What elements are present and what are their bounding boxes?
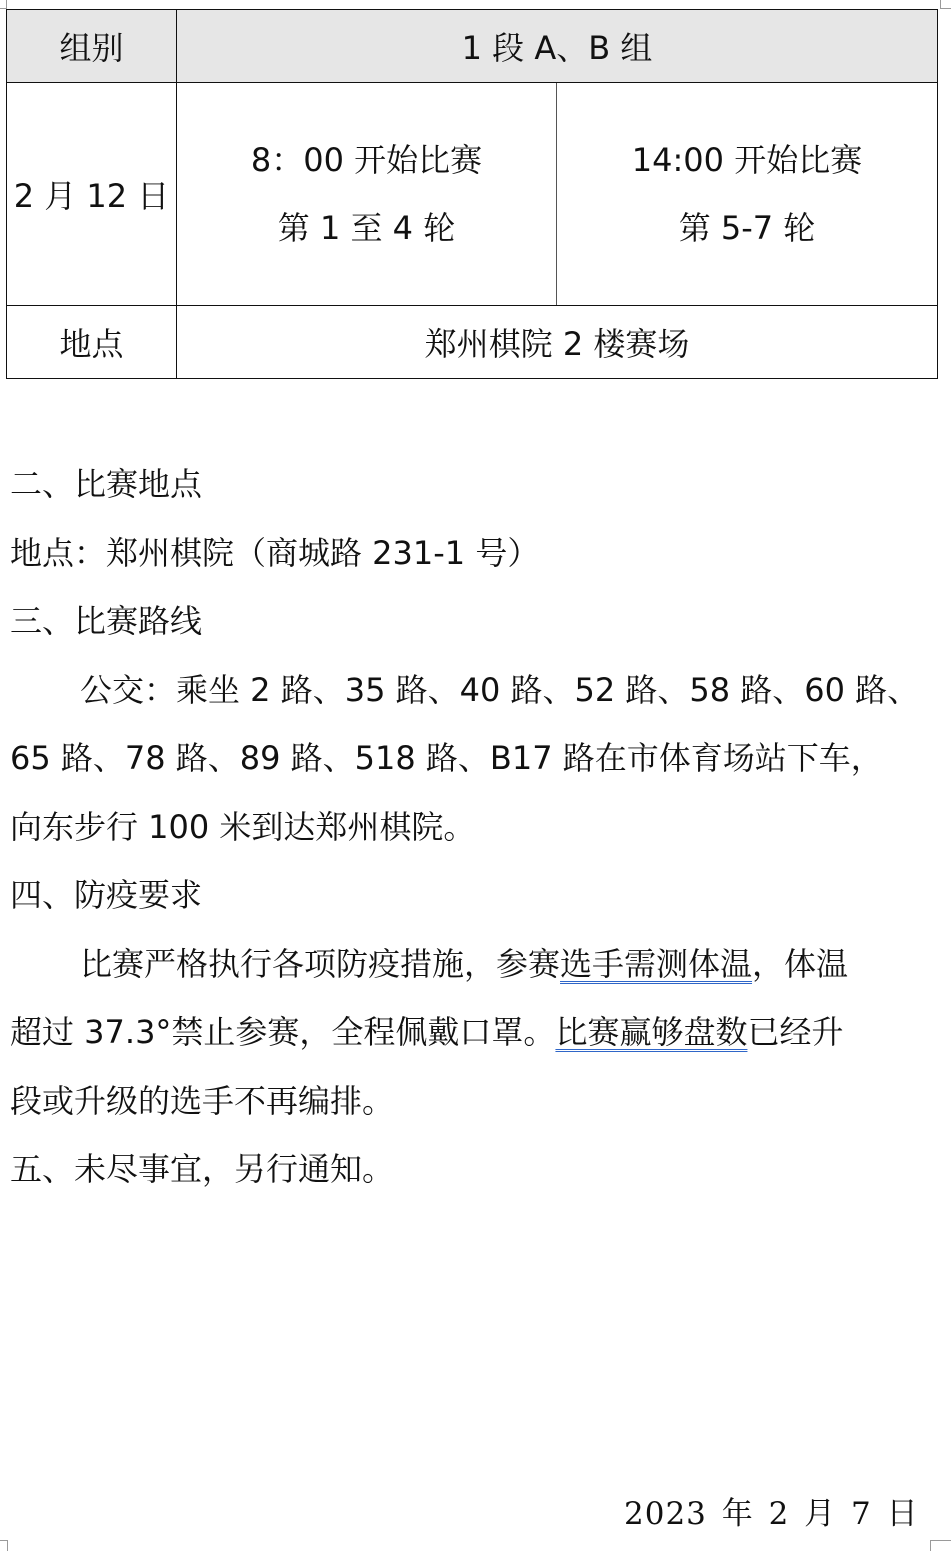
date-label-cell: 2 月 12 日 — [7, 83, 177, 306]
route-text-line-2: 65 路、78 路、89 路、518 路、B17 路在市体育场站下车， — [10, 724, 930, 793]
grammar-underlined-phrase-temperature[interactable]: 选手需测体温 — [560, 945, 752, 983]
table-row-date: 2 月 12 日 8：00 开始比赛 第 1 至 4 轮 14:00 开始比赛 … — [7, 83, 938, 306]
location-label-cell: 地点 — [7, 306, 177, 379]
epidemic-text-line-1: 比赛严格执行各项防疫措施，参赛选手需测体温，体温 — [10, 930, 930, 999]
schedule-table: 组别 1 段 A、B 组 2 月 12 日 8：00 开始比赛 第 1 至 4 … — [6, 9, 938, 379]
section-heading-epidemic: 四、防疫要求 — [10, 861, 930, 930]
route-text-line-1: 公交：乘坐 2 路、35 路、40 路、52 路、58 路、60 路、 — [10, 656, 930, 725]
morning-rounds: 第 1 至 4 轮 — [177, 194, 556, 262]
signature-date: 2023 年 2 月 7 日 — [624, 1488, 919, 1533]
table-row-location: 地点 郑州棋院 2 楼赛场 — [7, 306, 938, 379]
epidemic-text-segment: ，体温 — [752, 945, 848, 983]
page-corner-mark-bottom-right — [930, 1540, 951, 1551]
morning-session-cell: 8：00 开始比赛 第 1 至 4 轮 — [177, 83, 557, 306]
group-value-cell: 1 段 A、B 组 — [177, 10, 938, 83]
venue-address-text: 地点：郑州棋院（商城路 231-1 号） — [10, 519, 930, 588]
route-text-line-3: 向东步行 100 米到达郑州棋院。 — [10, 793, 930, 862]
afternoon-start-time: 14:00 开始比赛 — [557, 126, 937, 194]
document-body: 二、比赛地点 地点：郑州棋院（商城路 231-1 号） 三、比赛路线 公交：乘坐… — [10, 450, 930, 1204]
grammar-underlined-phrase-wins[interactable]: 比赛赢够盘数 — [555, 1013, 747, 1051]
epidemic-text-line-3: 段或升级的选手不再编排。 — [10, 1067, 930, 1136]
epidemic-text-segment: 比赛严格执行各项防疫措施，参赛 — [80, 945, 560, 983]
morning-start-time: 8：00 开始比赛 — [177, 126, 556, 194]
epidemic-text-segment: 超过 37.3°禁止参赛，全程佩戴口罩。 — [10, 1013, 555, 1051]
location-value-cell: 郑州棋院 2 楼赛场 — [177, 306, 938, 379]
group-label-cell: 组别 — [7, 10, 177, 83]
epidemic-text-line-2: 超过 37.3°禁止参赛，全程佩戴口罩。比赛赢够盘数已经升 — [10, 998, 930, 1067]
section-heading-misc: 五、未尽事宜，另行通知。 — [10, 1135, 930, 1204]
page-corner-mark-bottom-left — [0, 1540, 8, 1551]
section-heading-route: 三、比赛路线 — [10, 587, 930, 656]
page-corner-mark-top-left — [0, 0, 7, 9]
epidemic-text-segment: 已经升 — [747, 1013, 843, 1051]
afternoon-rounds: 第 5-7 轮 — [557, 194, 937, 262]
page-corner-mark-top-right — [940, 0, 951, 9]
section-heading-venue: 二、比赛地点 — [10, 450, 930, 519]
afternoon-session-cell: 14:00 开始比赛 第 5-7 轮 — [557, 83, 938, 306]
table-row-group: 组别 1 段 A、B 组 — [7, 10, 938, 83]
